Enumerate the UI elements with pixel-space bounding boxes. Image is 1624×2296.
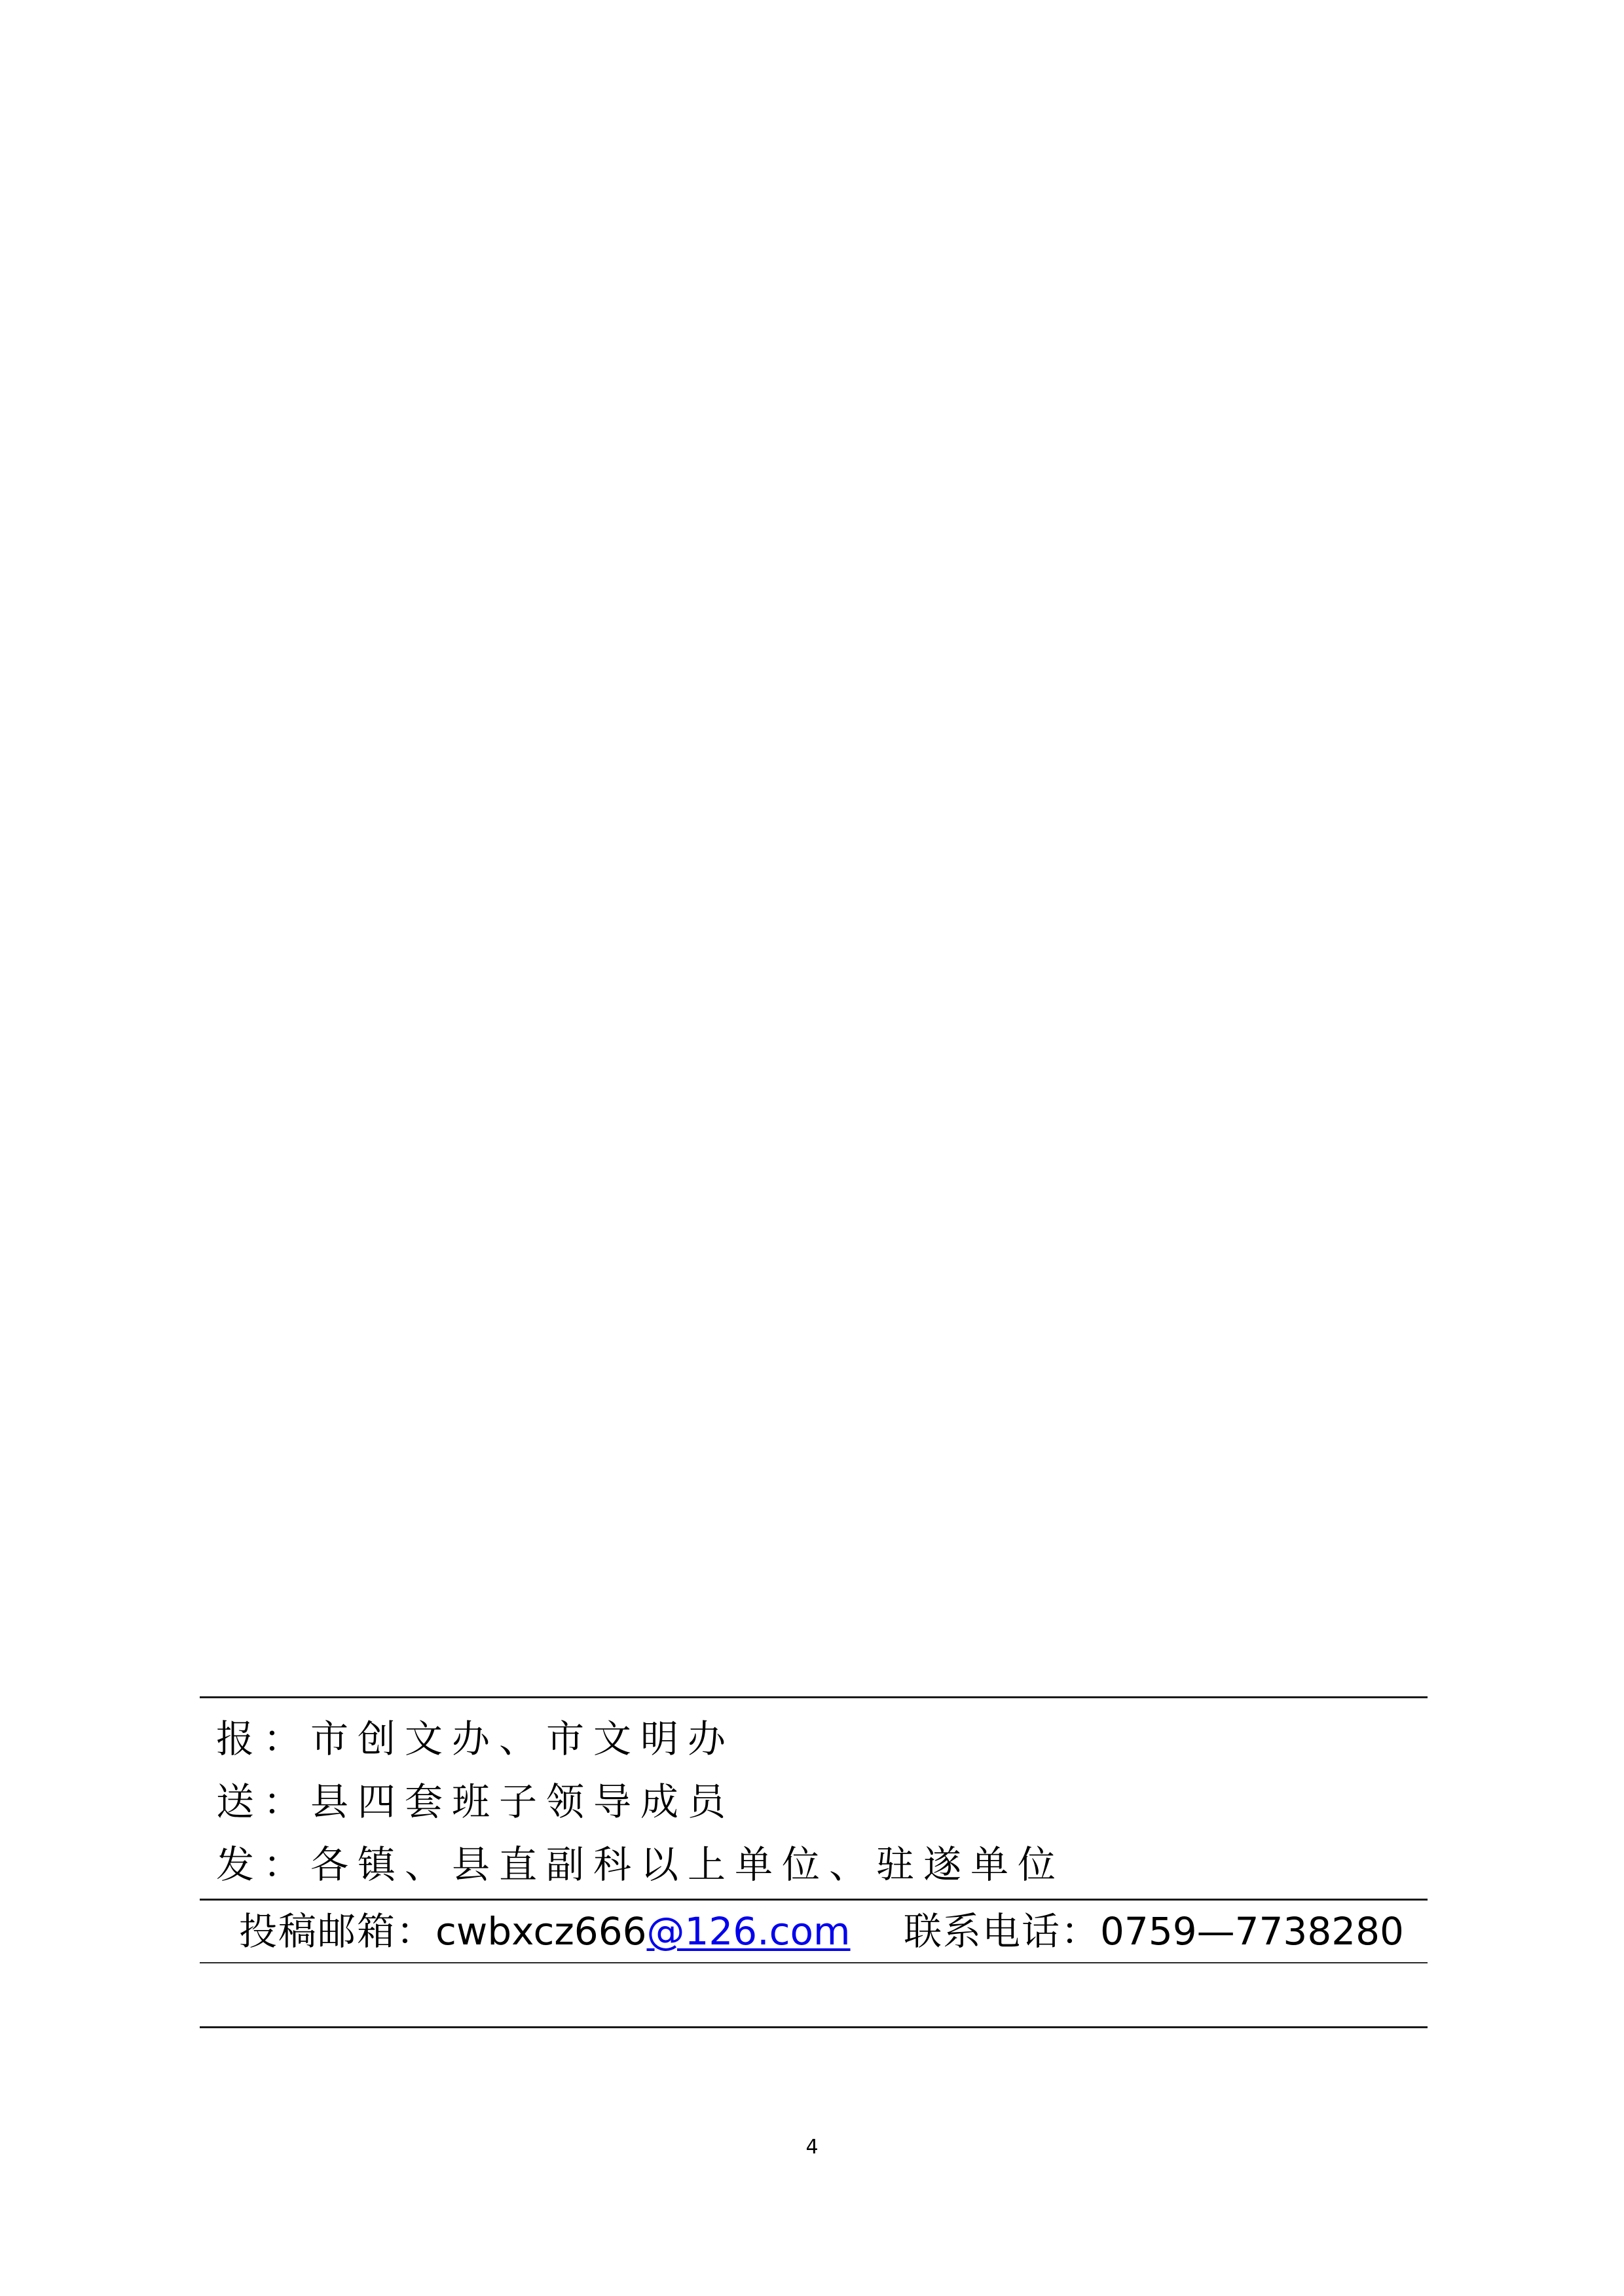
issue-to-line: 发：各镇、县直副科以上单位、驻遂单位 [216, 1833, 1065, 1896]
phone-label: 联系电话： [904, 1909, 1100, 1954]
document-page: 报：市创文办、市文明办 送：县四套班子领导成员 发：各镇、县直副科以上单位、驻遂… [0, 0, 1624, 2296]
page-number: 4 [0, 2136, 1624, 2159]
report-to-label: 报： [216, 1717, 310, 1761]
contact-row: 投稿邮箱：cwbxcz666@126.com 联系电话：0759—7738280 [200, 1901, 1428, 1961]
contact-phone: 联系电话：0759—7738280 [904, 1901, 1404, 1961]
contact-email: 投稿邮箱：cwbxcz666@126.com [239, 1901, 851, 1961]
email-label: 投稿邮箱： [239, 1909, 435, 1954]
bottom-divider [200, 2026, 1428, 2028]
contact-divider [200, 1962, 1428, 1963]
send-to-line: 送：县四套班子领导成员 [216, 1770, 735, 1833]
issue-to-recipients: 各镇、县直副科以上单位、驻遂单位 [310, 1842, 1065, 1887]
phone-number: 0759—7738280 [1100, 1909, 1404, 1954]
issue-to-label: 发： [216, 1842, 310, 1887]
report-to-line: 报：市创文办、市文明办 [216, 1707, 735, 1770]
distribution-divider [200, 1899, 1428, 1901]
send-to-label: 送： [216, 1779, 310, 1824]
email-domain-link[interactable]: @126.com [647, 1909, 851, 1954]
email-user: cwbxcz666 [435, 1909, 646, 1954]
report-to-recipients: 市创文办、市文明办 [310, 1717, 735, 1761]
top-divider [200, 1696, 1428, 1698]
send-to-recipients: 县四套班子领导成员 [310, 1779, 735, 1824]
